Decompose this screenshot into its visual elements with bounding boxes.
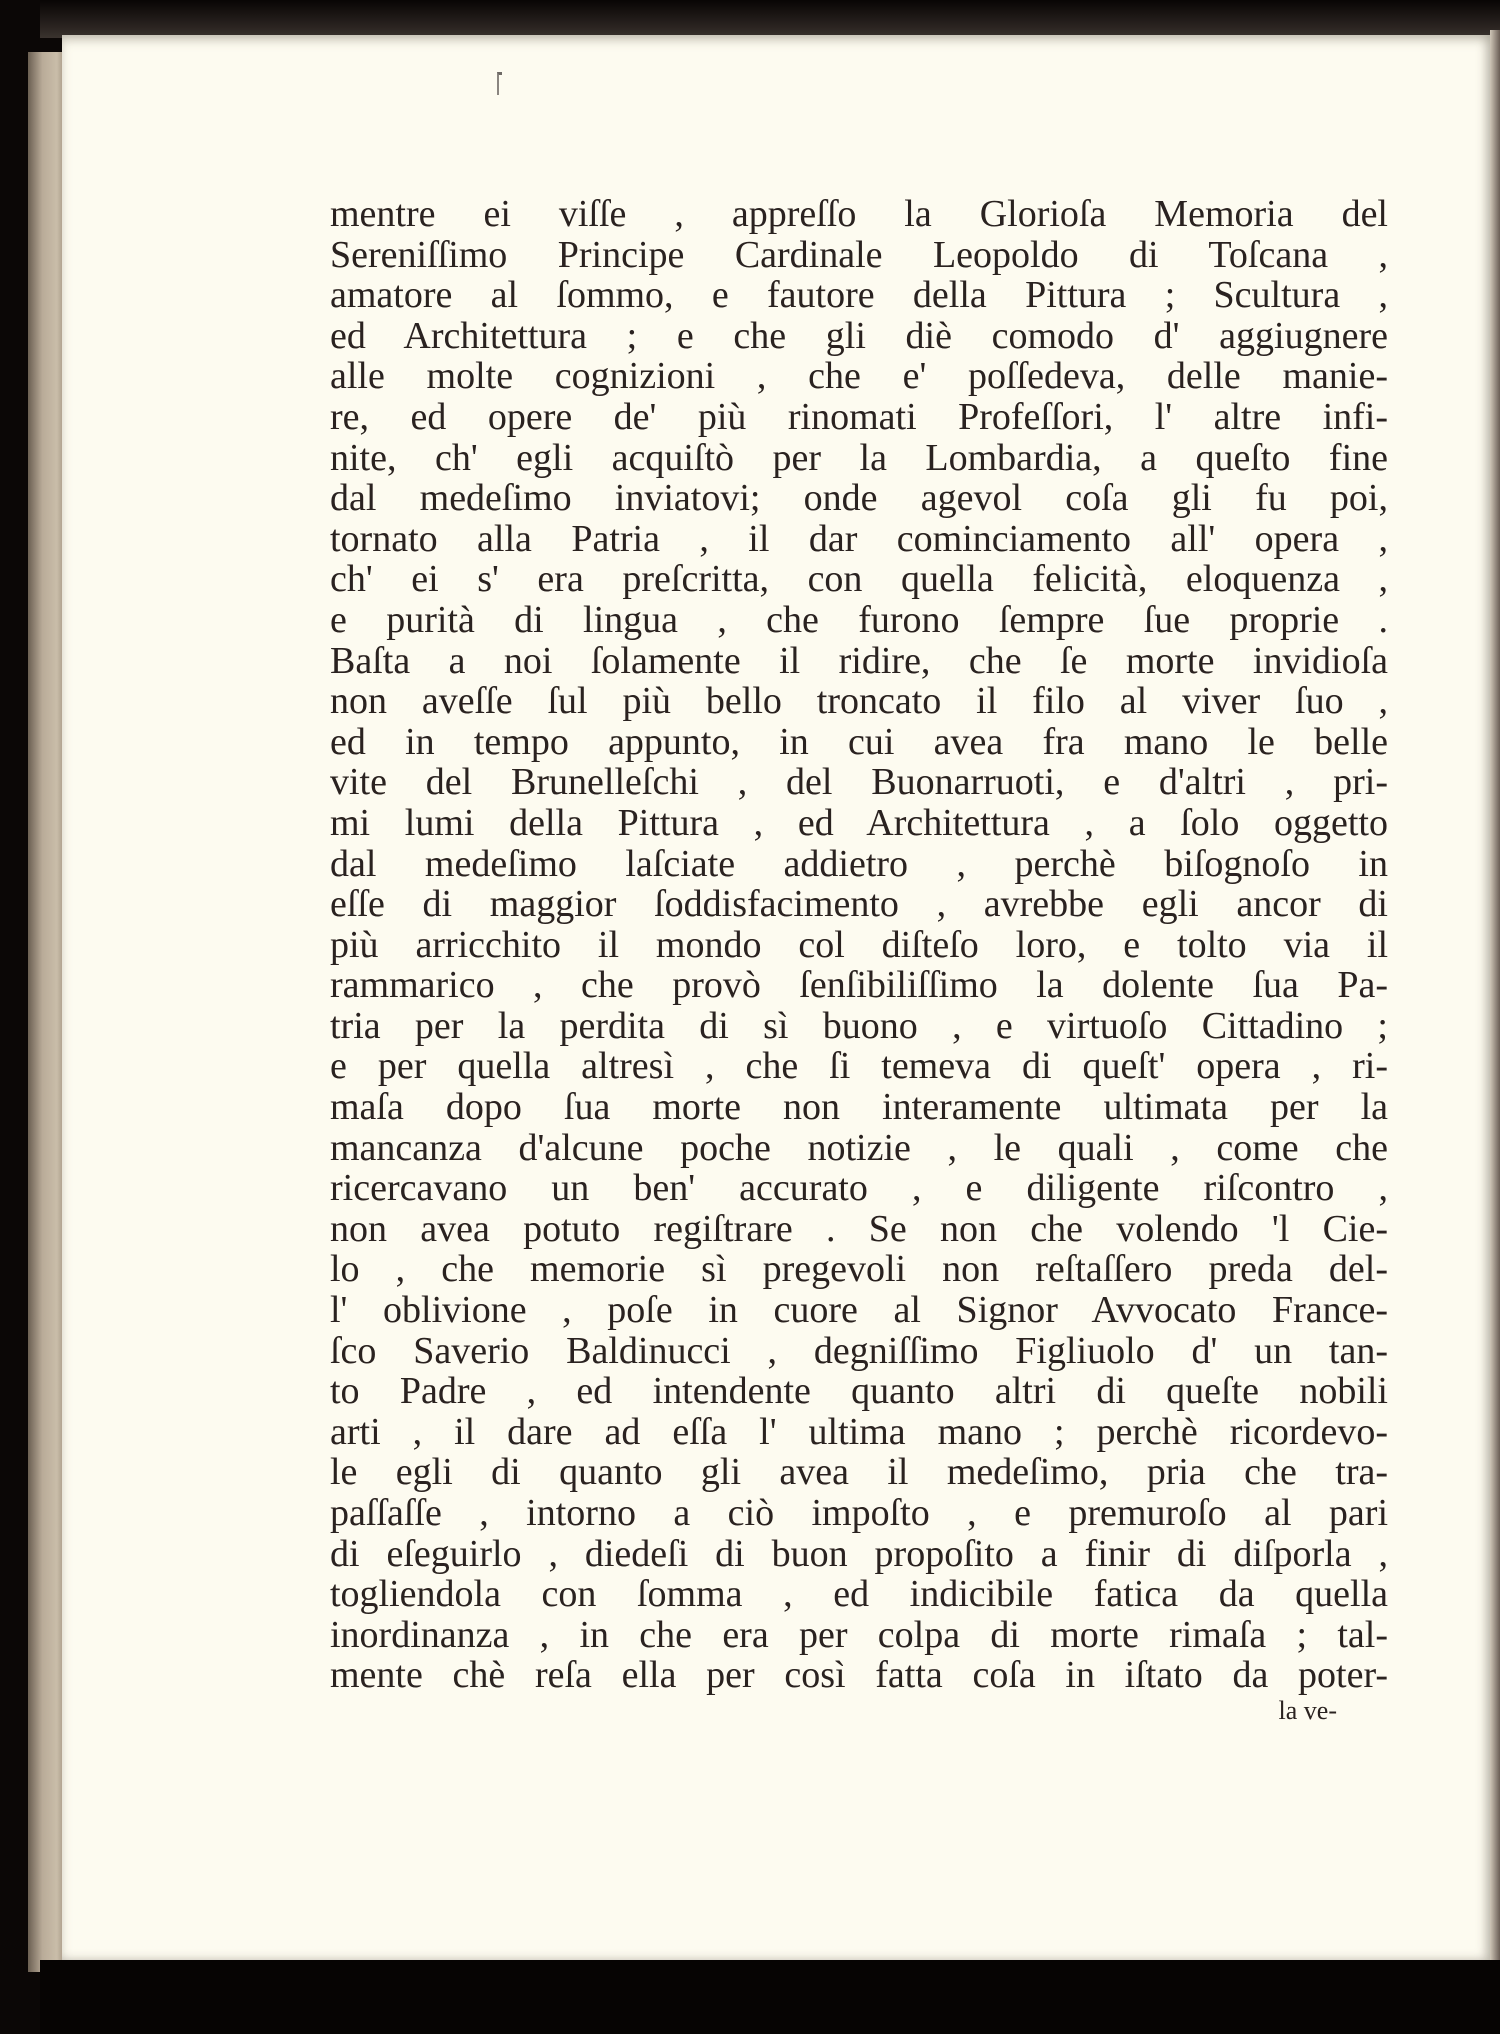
text-line: rammarico , che provò ſenſibiliſſimo la … (330, 965, 1388, 1006)
text-line: mi lumi della Pittura , ed Architettura … (330, 803, 1388, 844)
text-line: non avea potuto regiſtrare . Se non che … (330, 1209, 1388, 1250)
text-line: vite del Brunelleſchi , del Buonarruoti,… (330, 762, 1388, 803)
text-line: to Padre , ed intendente quanto altri di… (330, 1371, 1388, 1412)
text-line: tria per la perdita di sì buono , e virt… (330, 1006, 1388, 1047)
text-line: ed in tempo appunto, in cui avea fra man… (330, 722, 1388, 763)
text-line: alle molte cognizioni , che e' poſſedeva… (330, 356, 1388, 397)
text-line: l' oblivione , poſe in cuore al Signor A… (330, 1290, 1388, 1331)
text-line: togliendola con ſomma , ed indicibile fa… (330, 1574, 1388, 1615)
book-spine-edge (28, 52, 64, 1972)
text-line: eſſe di maggior ſoddisfacimento , avrebb… (330, 884, 1388, 925)
text-line: e per quella altresì , che ſi temeva di … (330, 1046, 1388, 1087)
text-line: più arricchito il mondo col diſteſo loro… (330, 925, 1388, 966)
text-line: nite, ch' egli acquiſtò per la Lombardia… (330, 438, 1388, 479)
text-line: ſco Saverio Baldinucci , degniſſimo Figl… (330, 1331, 1388, 1372)
text-line: tornato alla Patria , il dar cominciamen… (330, 519, 1388, 560)
text-line: le egli di quanto gli avea il medeſimo, … (330, 1452, 1388, 1493)
catchword: la ve- (1279, 1696, 1337, 1726)
text-line: maſa dopo ſua morte non interamente ulti… (330, 1087, 1388, 1128)
text-line: lo , che memorie sì pregevoli non reſtaſ… (330, 1249, 1388, 1290)
text-line: ricercavano un ben' accurato , e diligen… (330, 1168, 1388, 1209)
text-line: dal medeſimo inviatovi; onde agevol coſa… (330, 478, 1388, 519)
text-line: amatore al ſommo, e fautore della Pittur… (330, 275, 1388, 316)
text-line: mentre ei viſſe , appreſſo la Glorioſa M… (330, 194, 1388, 235)
text-line: ed Architettura ; e che gli diè comodo d… (330, 316, 1388, 357)
ink-mark (497, 72, 502, 95)
text-line: inordinanza , in che era per colpa di mo… (330, 1615, 1388, 1656)
text-line: non aveſſe ſul più bello troncato il fil… (330, 681, 1388, 722)
text-line: Sereniſſimo Principe Cardinale Leopoldo … (330, 235, 1388, 276)
text-line: mente chè reſa ella per così fatta coſa … (330, 1655, 1388, 1696)
text-line: ch' ei s' era preſcritta, con quella fel… (330, 559, 1388, 600)
text-line: arti , il dare ad eſſa l' ultima mano ; … (330, 1412, 1388, 1453)
page-body-text: mentre ei viſſe , appreſſo la Glorioſa M… (330, 194, 1388, 1696)
text-line: dal medeſimo laſciate addietro , perchè … (330, 844, 1388, 885)
text-line: re, ed opere de' più rinomati Profeſſori… (330, 397, 1388, 438)
text-line: Baſta a noi ſolamente il ridire, che ſe … (330, 641, 1388, 682)
scan-top-border (40, 0, 1500, 38)
text-line: di eſeguirlo , diedeſi di buon propoſito… (330, 1534, 1388, 1575)
scan-bottom-border (40, 1960, 1500, 2034)
text-line: paſſaſſe , intorno a ciò impoſto , e pre… (330, 1493, 1388, 1534)
text-line: e purità di lingua , che furono ſempre ſ… (330, 600, 1388, 641)
text-line: mancanza d'alcune poche notizie , le qua… (330, 1128, 1388, 1169)
page-right-edge (1490, 30, 1500, 1980)
